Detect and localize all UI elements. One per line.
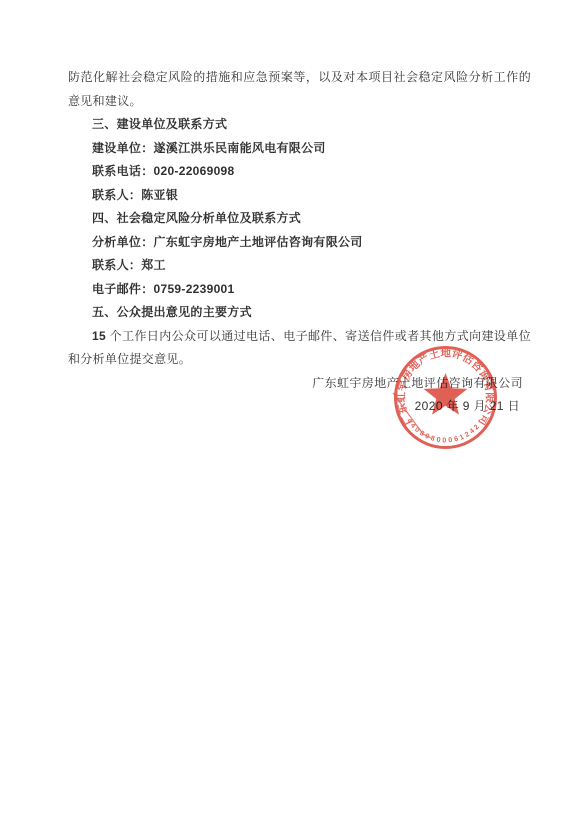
field-contact-person: 联系人：陈亚银 [68,184,531,208]
section-heading-4: 四、社会稳定风险分析单位及联系方式 [68,207,531,231]
body-text-line: 防范化解社会稳定风险的措施和应急预案等，以及对本项目社会稳定风险分析工作的 [68,66,531,90]
section-heading-3: 三、建设单位及联系方式 [68,113,531,137]
field-construction-unit: 建设单位：遂溪江洪乐民南能风电有限公司 [68,137,531,161]
document-page: 防范化解社会稳定风险的措施和应急预案等，以及对本项目社会稳定风险分析工作的 意见… [0,0,584,832]
field-contact-person-2: 联系人：郑工 [68,254,531,278]
field-phone: 联系电话：020-22069098 [68,160,531,184]
workdays-number: 15 [92,329,106,343]
section-heading-5: 五、公众提出意见的主要方式 [68,301,531,325]
field-analysis-unit: 分析单位：广东虹宇房地产土地评估咨询有限公司 [68,231,531,255]
body-text-span: 个工作日内公众可以通过电话、电子邮件、寄送信件或者其他方式向建设单位 [106,329,531,343]
field-email: 电子邮件：0759-2239001 [68,278,531,302]
official-seal: 广东虹宇房地产土地评估咨询有限公司 44080800061242 [390,342,502,454]
seal-star-icon [424,373,468,415]
body-text-line: 意见和建议。 [68,90,531,114]
